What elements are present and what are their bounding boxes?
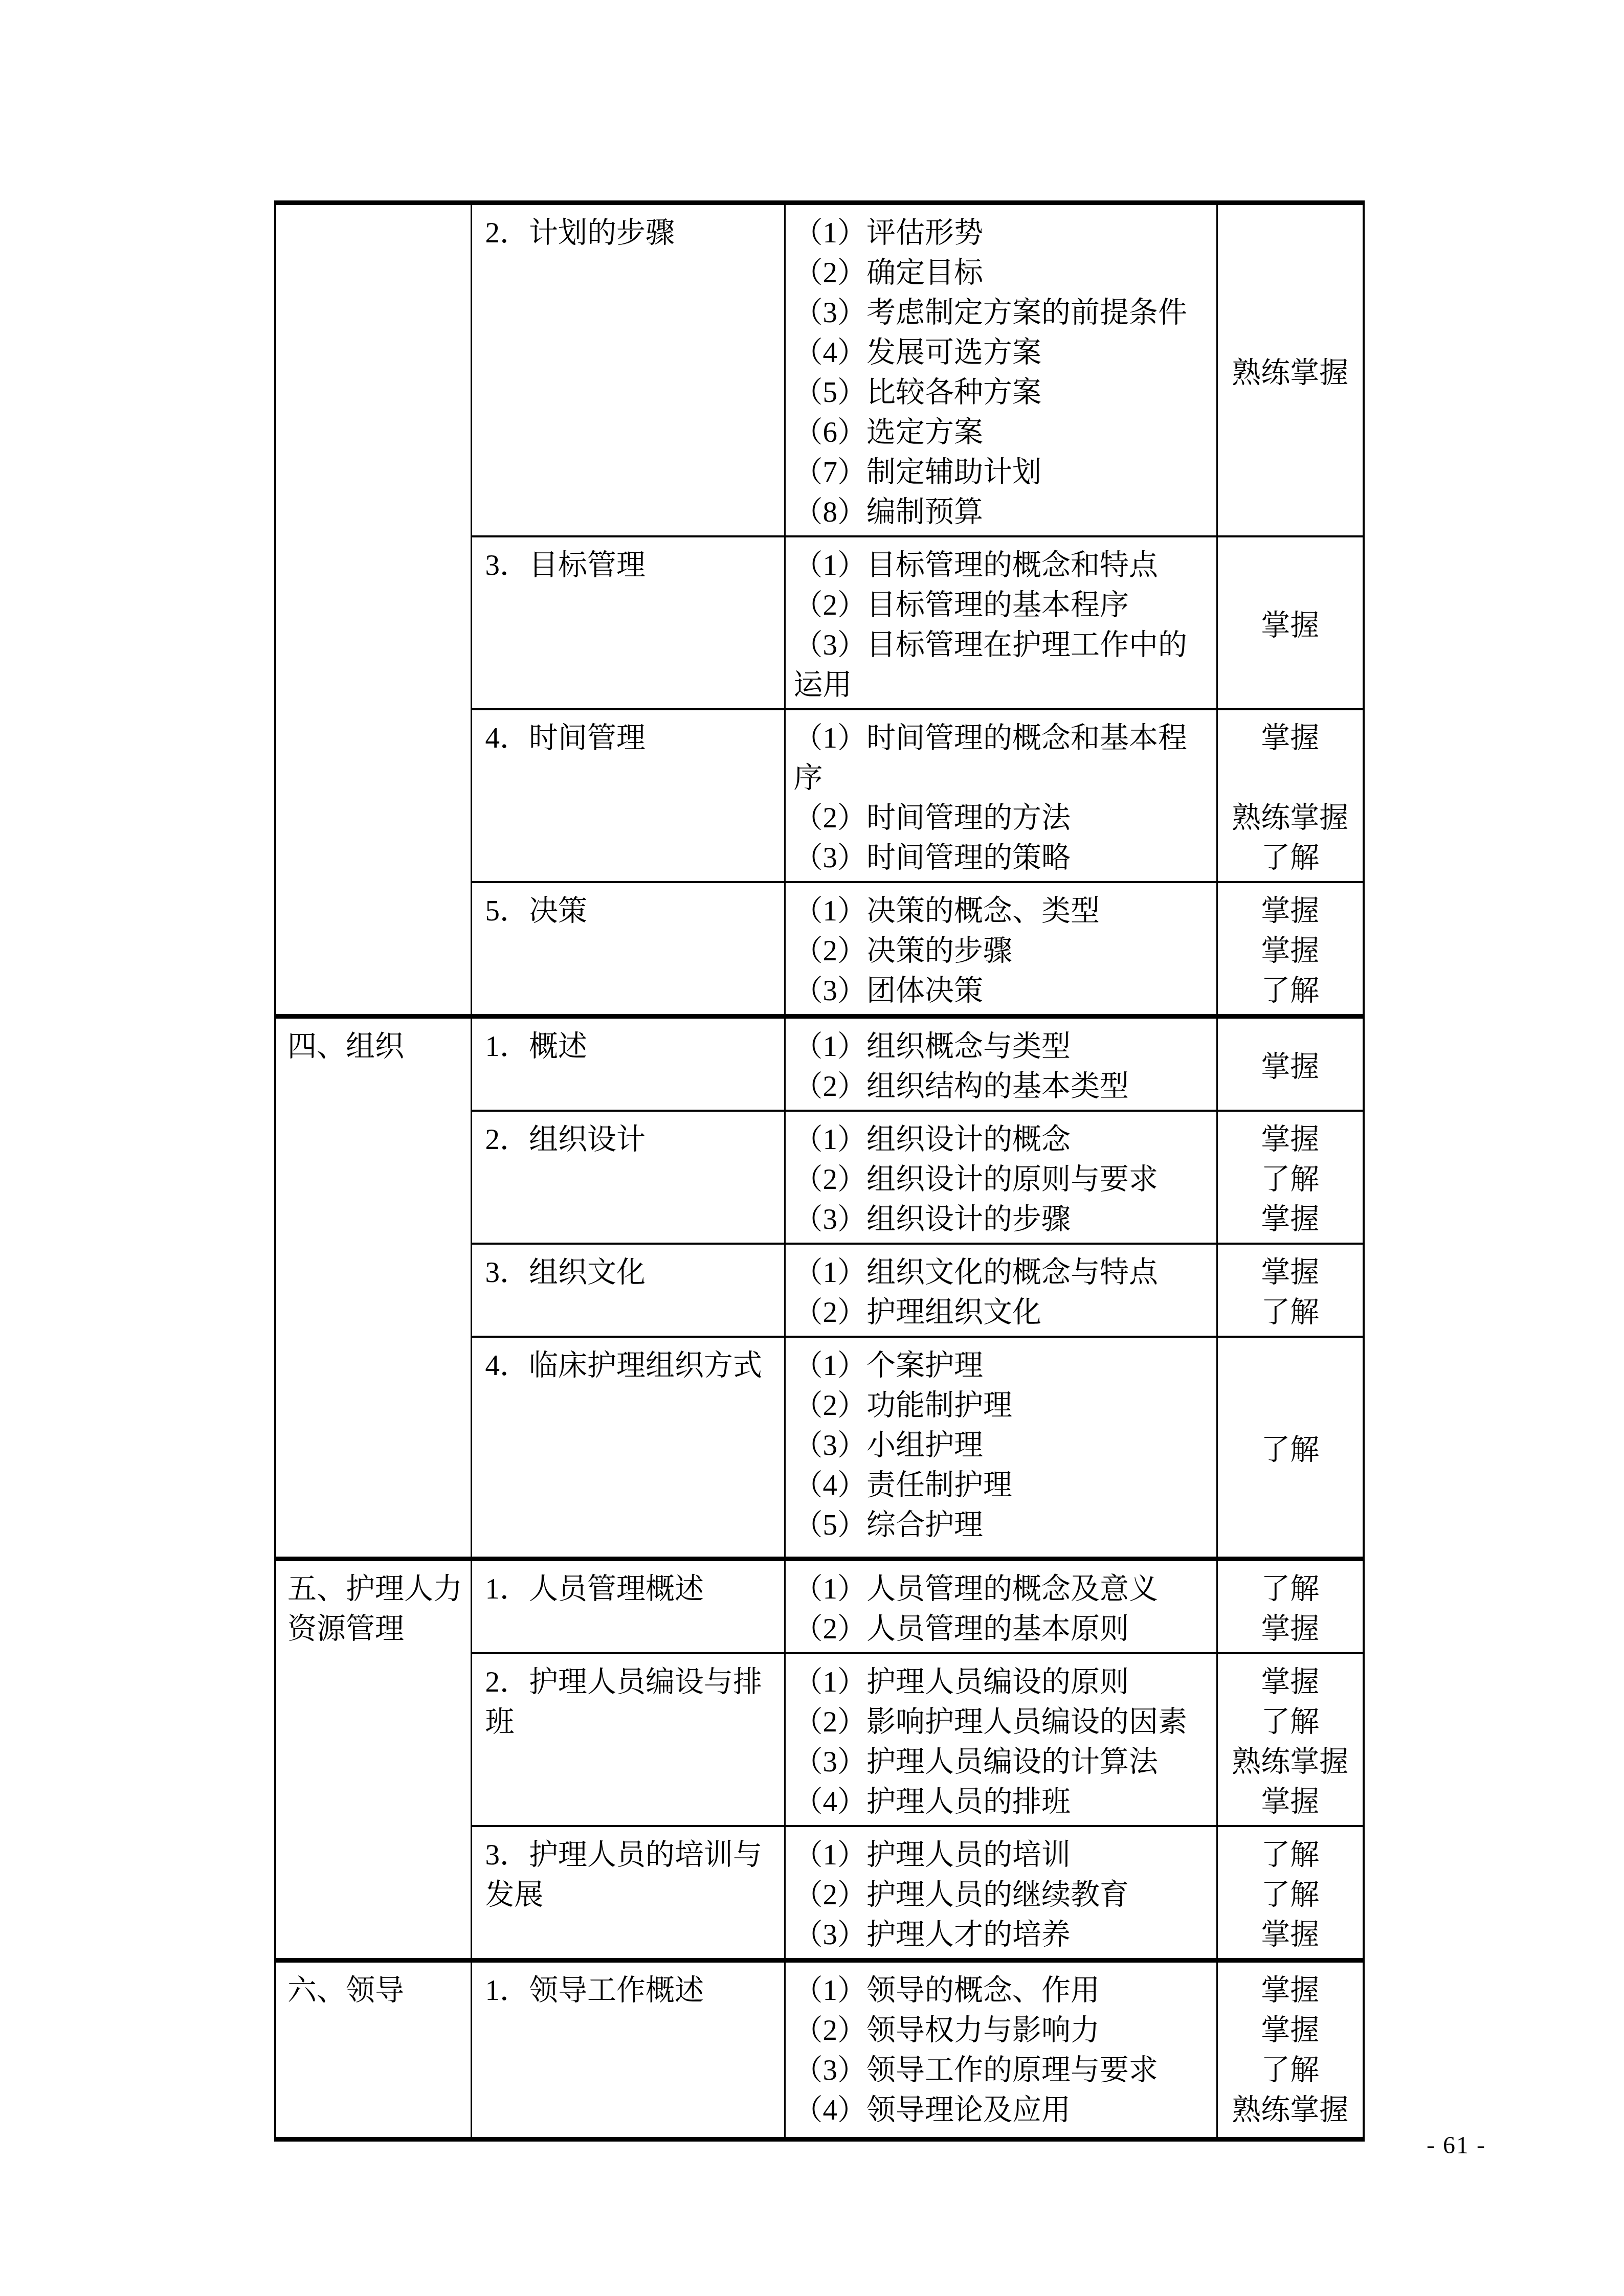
points-cell: （1）护理人员的培训（2）护理人员的继续教育（3）护理人才的培养 xyxy=(785,1826,1217,1961)
unit-cell: 四、组织 xyxy=(275,1017,471,1559)
topic-line: 5．决策 xyxy=(485,891,784,931)
topic-line: 3．组织文化 xyxy=(485,1253,784,1293)
mastery-line: 掌握 xyxy=(1218,1782,1363,1822)
point-line: 运用 xyxy=(794,665,1216,705)
point-line: （4）责任制护理 xyxy=(794,1466,1216,1505)
point-line: （1）领导的概念、作用 xyxy=(794,1971,1216,2011)
mastery-cell: 了解掌握 xyxy=(1217,1559,1364,1653)
mastery-line: 了解 xyxy=(1218,1875,1363,1915)
topic-cell: 1．概述 xyxy=(471,1017,785,1111)
point-line: （3）护理人才的培养 xyxy=(794,1915,1216,1955)
points-cell: （1）护理人员编设的原则（2）影响护理人员编设的因素（3）护理人员编设的计算法（… xyxy=(785,1653,1217,1826)
topic-cell: 4．临床护理组织方式 xyxy=(471,1337,785,1559)
point-line: （2）领导权力与影响力 xyxy=(794,2011,1216,2051)
mastery-line: 掌握 xyxy=(1218,1253,1363,1293)
point-line: （3）目标管理在护理工作中的 xyxy=(794,625,1216,665)
mastery-line: 了解 xyxy=(1218,2051,1363,2090)
mastery-line: 掌握 xyxy=(1218,931,1363,971)
point-line: （5）比较各种方案 xyxy=(794,373,1216,413)
unit-line: 资源管理 xyxy=(287,1609,471,1649)
mastery-cell: 掌握 xyxy=(1217,1017,1364,1111)
point-line: （3）组织设计的步骤 xyxy=(794,1200,1216,1240)
mastery-cell: 掌握熟练掌握了解 xyxy=(1217,709,1364,882)
topic-cell: 2．护理人员编设与排班 xyxy=(471,1653,785,1826)
topic-line: 班 xyxy=(485,1702,784,1742)
syllabus-table: 2．计划的步骤（1）评估形势（2）确定目标（3）考虑制定方案的前提条件（4）发展… xyxy=(274,200,1365,2142)
point-line: （1）个案护理 xyxy=(794,1346,1216,1386)
points-cell: （1）人员管理的概念及意义（2）人员管理的基本原则 xyxy=(785,1559,1217,1653)
topic-line: 4．临床护理组织方式 xyxy=(485,1346,784,1386)
topic-line: 3．护理人员的培训与 xyxy=(485,1835,784,1875)
point-line: （1）组织文化的概念与特点 xyxy=(794,1253,1216,1293)
syllabus-table-body: 2．计划的步骤（1）评估形势（2）确定目标（3）考虑制定方案的前提条件（4）发展… xyxy=(275,203,1364,2140)
points-cell: （1）组织设计的概念（2）组织设计的原则与要求（3）组织设计的步骤 xyxy=(785,1111,1217,1244)
topic-line: 发展 xyxy=(485,1875,784,1915)
unit-cell: 五、护理人力资源管理 xyxy=(275,1559,471,1960)
topic-line: 3．目标管理 xyxy=(485,546,784,586)
mastery-cell: 掌握掌握了解 xyxy=(1217,882,1364,1017)
mastery-line: 了解 xyxy=(1218,1293,1363,1333)
point-line: （1）时间管理的概念和基本程 xyxy=(794,718,1216,758)
unit-line: 四、组织 xyxy=(287,1027,471,1067)
point-line: （1）护理人员编设的原则 xyxy=(794,1662,1216,1702)
mastery-line: 了解 xyxy=(1218,971,1363,1011)
point-line: 序 xyxy=(794,758,1216,798)
mastery-line: 熟练掌握 xyxy=(1218,798,1363,838)
point-line: （2）护理人员的继续教育 xyxy=(794,1875,1216,1915)
table-row: 四、组织1．概述（1）组织概念与类型（2）组织结构的基本类型掌握 xyxy=(275,1017,1364,1111)
points-cell: （1）目标管理的概念和特点（2）目标管理的基本程序（3）目标管理在护理工作中的运… xyxy=(785,536,1217,709)
mastery-line: 掌握 xyxy=(1218,1971,1363,2011)
table-row: 2．计划的步骤（1）评估形势（2）确定目标（3）考虑制定方案的前提条件（4）发展… xyxy=(275,203,1364,537)
topic-cell: 2．计划的步骤 xyxy=(471,203,785,537)
point-line: （8）编制预算 xyxy=(794,492,1216,532)
point-line: （2）确定目标 xyxy=(794,253,1216,293)
topic-cell: 5．决策 xyxy=(471,882,785,1017)
point-line: （2）组织设计的原则与要求 xyxy=(794,1160,1216,1200)
topic-line: 2．组织设计 xyxy=(485,1120,784,1160)
mastery-line: 掌握 xyxy=(1218,1200,1363,1240)
point-line: （2）时间管理的方法 xyxy=(794,798,1216,838)
topic-cell: 4．时间管理 xyxy=(471,709,785,882)
point-line: （3）护理人员编设的计算法 xyxy=(794,1742,1216,1782)
unit-cell: 六、领导 xyxy=(275,1960,471,2139)
point-line: （4）发展可选方案 xyxy=(794,333,1216,373)
mastery-line: 了解 xyxy=(1218,1835,1363,1875)
points-cell: （1）组织概念与类型（2）组织结构的基本类型 xyxy=(785,1017,1217,1111)
points-cell: （1）个案护理（2）功能制护理（3）小组护理（4）责任制护理（5）综合护理 xyxy=(785,1337,1217,1559)
table-row: 六、领导1．领导工作概述（1）领导的概念、作用（2）领导权力与影响力（3）领导工… xyxy=(275,1960,1364,2139)
point-line: （3）领导工作的原理与要求 xyxy=(794,2051,1216,2090)
mastery-line: 掌握 xyxy=(1218,718,1363,758)
mastery-cell: 掌握掌握了解熟练掌握 xyxy=(1217,1960,1364,2139)
point-line: （2）人员管理的基本原则 xyxy=(794,1609,1216,1649)
topic-line: 2．护理人员编设与排 xyxy=(485,1662,784,1702)
point-line: （6）选定方案 xyxy=(794,413,1216,453)
topic-cell: 1．领导工作概述 xyxy=(471,1960,785,2139)
mastery-cell: 掌握 xyxy=(1217,536,1364,709)
point-line: （7）制定辅助计划 xyxy=(794,453,1216,492)
mastery-line: 了解 xyxy=(1218,838,1363,878)
topic-cell: 3．护理人员的培训与发展 xyxy=(471,1826,785,1961)
mastery-cell: 掌握了解掌握 xyxy=(1217,1111,1364,1244)
topic-cell: 1．人员管理概述 xyxy=(471,1559,785,1653)
points-cell: （1）决策的概念、类型（2）决策的步骤（3）团体决策 xyxy=(785,882,1217,1017)
mastery-cell: 熟练掌握 xyxy=(1217,203,1364,537)
points-cell: （1）评估形势（2）确定目标（3）考虑制定方案的前提条件（4）发展可选方案（5）… xyxy=(785,203,1217,537)
unit-line: 六、领导 xyxy=(287,1971,471,2011)
mastery-line: 掌握 xyxy=(1218,891,1363,931)
topic-cell: 3．组织文化 xyxy=(471,1244,785,1337)
mastery-cell: 掌握了解 xyxy=(1217,1244,1364,1337)
mastery-line: 熟练掌握 xyxy=(1218,1742,1363,1782)
point-line: （3）时间管理的策略 xyxy=(794,838,1216,878)
unit-line: 五、护理人力 xyxy=(287,1569,471,1609)
mastery-line: 掌握 xyxy=(1218,2011,1363,2051)
point-line: （2）影响护理人员编设的因素 xyxy=(794,1702,1216,1742)
point-line: （5）综合护理 xyxy=(794,1505,1216,1545)
mastery-line xyxy=(1218,758,1363,798)
mastery-line: 了解 xyxy=(1218,1569,1363,1609)
point-line: （1）决策的概念、类型 xyxy=(794,891,1216,931)
point-line: （2）决策的步骤 xyxy=(794,931,1216,971)
mastery-line: 掌握 xyxy=(1218,1609,1363,1649)
point-line: （1）人员管理的概念及意义 xyxy=(794,1569,1216,1609)
table-row: 五、护理人力资源管理1．人员管理概述（1）人员管理的概念及意义（2）人员管理的基… xyxy=(275,1559,1364,1653)
document-page: 2．计划的步骤（1）评估形势（2）确定目标（3）考虑制定方案的前提条件（4）发展… xyxy=(0,0,1624,2296)
point-line: （1）组织概念与类型 xyxy=(794,1027,1216,1067)
topic-line: 2．计划的步骤 xyxy=(485,213,784,253)
mastery-cell: 了解了解掌握 xyxy=(1217,1826,1364,1961)
point-line: （3）考虑制定方案的前提条件 xyxy=(794,293,1216,333)
mastery-cell: 掌握了解熟练掌握掌握 xyxy=(1217,1653,1364,1826)
point-line: （2）目标管理的基本程序 xyxy=(794,586,1216,625)
points-cell: （1）组织文化的概念与特点（2）护理组织文化 xyxy=(785,1244,1217,1337)
point-line: （2）组织结构的基本类型 xyxy=(794,1067,1216,1107)
point-line: （3）团体决策 xyxy=(794,971,1216,1011)
point-line: （3）小组护理 xyxy=(794,1426,1216,1466)
page-number: - 61 - xyxy=(1427,2131,1486,2159)
mastery-line: 掌握 xyxy=(1218,1915,1363,1955)
point-line: （1）组织设计的概念 xyxy=(794,1120,1216,1160)
point-line: （2）功能制护理 xyxy=(794,1386,1216,1426)
topic-line: 1．概述 xyxy=(485,1027,784,1067)
points-cell: （1）领导的概念、作用（2）领导权力与影响力（3）领导工作的原理与要求（4）领导… xyxy=(785,1960,1217,2139)
topic-line: 4．时间管理 xyxy=(485,718,784,758)
topic-cell: 2．组织设计 xyxy=(471,1111,785,1244)
unit-cell xyxy=(275,203,471,1017)
mastery-line: 了解 xyxy=(1218,1160,1363,1200)
point-line: （2）护理组织文化 xyxy=(794,1293,1216,1333)
mastery-cell: 了解 xyxy=(1217,1337,1364,1559)
point-line: （1）护理人员的培训 xyxy=(794,1835,1216,1875)
topic-line: 1．人员管理概述 xyxy=(485,1569,784,1609)
topic-line: 1．领导工作概述 xyxy=(485,1971,784,2011)
point-line: （4）领导理论及应用 xyxy=(794,2090,1216,2130)
mastery-line: 了解 xyxy=(1218,1702,1363,1742)
point-line: （1）目标管理的概念和特点 xyxy=(794,546,1216,586)
mastery-line: 掌握 xyxy=(1218,1662,1363,1702)
point-line: （4）护理人员的排班 xyxy=(794,1782,1216,1822)
point-line: （1）评估形势 xyxy=(794,213,1216,253)
points-cell: （1）时间管理的概念和基本程序（2）时间管理的方法（3）时间管理的策略 xyxy=(785,709,1217,882)
topic-cell: 3．目标管理 xyxy=(471,536,785,709)
mastery-line: 熟练掌握 xyxy=(1218,2090,1363,2130)
mastery-line: 掌握 xyxy=(1218,1120,1363,1160)
